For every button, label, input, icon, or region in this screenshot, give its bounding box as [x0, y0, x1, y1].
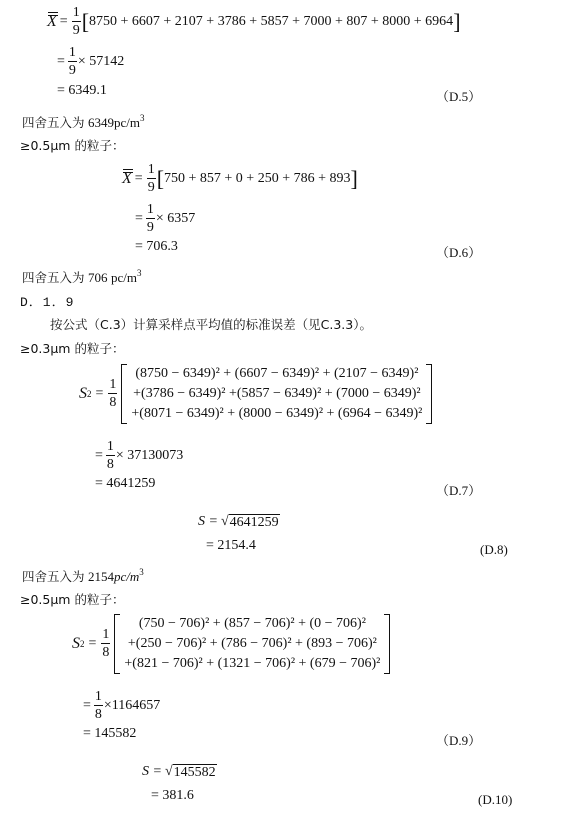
equation-label-d6: （D.6） — [436, 242, 481, 261]
right-bracket — [384, 614, 390, 674]
right-bracket — [426, 364, 432, 424]
rounded-result-d5: 四舍五入为 6349pc/m3 — [22, 113, 145, 132]
particle-heading-0.5um: ≥0.5μm 的粒子： — [20, 136, 124, 155]
equation-label-d5: （D.5） — [436, 86, 481, 105]
equation-d5-line2: = 1 9 × 57142 — [57, 46, 124, 78]
equation-d9-line2: = 1 8 ×1164657 — [83, 690, 160, 722]
equation-d7-variance: S2 = 1 8 (8750 − 6349)² + (6607 − 6349)²… — [79, 364, 432, 424]
left-bracket: [ — [82, 11, 89, 33]
particle-heading-0.3um: ≥0.3μm 的粒子： — [20, 339, 124, 358]
equation-d7-result: = 4641259 — [95, 476, 155, 492]
right-bracket: ] — [453, 11, 460, 33]
equation-d6-line2: = 1 9 × 6357 — [135, 203, 195, 235]
fraction: 1 8 — [108, 378, 117, 410]
squared-deviations-bracket: (8750 − 6349)² + (6607 − 6349)² + (2107 … — [121, 364, 432, 424]
equation-d9-variance: S2 = 1 8 (750 − 706)² + (857 − 706)² + (… — [72, 614, 390, 674]
equation-d10-line1: S = √145582 — [142, 764, 217, 780]
mean-symbol: X — [47, 13, 57, 31]
deviation-row: +(250 − 706)² + (786 − 706)² + (893 − 70… — [124, 634, 380, 654]
sum-terms: 750 + 857 + 0 + 250 + 786 + 893 — [164, 171, 350, 187]
section-description: 按公式（C.3）计算采样点平均值的标准误差（见C.3.3）。 — [50, 315, 372, 333]
rounded-result-d8: 四舍五入为 2154pc/m3 — [22, 567, 144, 586]
section-number-d-1-9: D．1．9 — [20, 291, 74, 310]
rounded-result-d6: 四舍五入为 706 pc/m3 — [22, 268, 142, 287]
deviation-row: (750 − 706)² + (857 − 706)² + (0 − 706)² — [124, 614, 380, 634]
fraction: 1 8 — [101, 628, 110, 660]
deviation-row: (8750 − 6349)² + (6607 − 6349)² + (2107 … — [131, 364, 422, 384]
equation-label-d7: （D.7） — [436, 480, 481, 499]
radical-sign-icon: √ — [221, 514, 229, 530]
radical-sign-icon: √ — [165, 764, 173, 780]
equation-d7-line2: = 1 8 × 37130073 — [95, 440, 183, 472]
equation-d8-result: = 2154.4 — [206, 538, 256, 554]
square-root: √4641259 — [221, 514, 280, 530]
equation-d8-line1: S = √4641259 — [198, 514, 280, 530]
square-root: √145582 — [165, 764, 217, 780]
fraction: 1 8 — [106, 440, 115, 472]
squared-deviations-bracket: (750 − 706)² + (857 − 706)² + (0 − 706)²… — [114, 614, 390, 674]
fraction: 1 9 — [146, 203, 155, 235]
equation-d6-result: = 706.3 — [135, 239, 178, 255]
deviation-row: +(8071 − 6349)² + (8000 − 6349)² + (6964… — [131, 404, 422, 424]
deviation-row: +(821 − 706)² + (1321 − 706)² + (679 − 7… — [124, 654, 380, 674]
equation-label-d8: (D.8) — [480, 542, 508, 558]
fraction: 1 9 — [72, 6, 81, 38]
equation-label-d10: (D.10) — [478, 792, 512, 808]
equation-d6-line1: X = 1 9 [ 750 + 857 + 0 + 250 + 786 + 89… — [122, 163, 358, 195]
equation-d5-line1: X = 1 9 [ 8750 + 6607 + 2107 + 3786 + 58… — [47, 6, 461, 38]
equation-d9-result: = 145582 — [83, 726, 136, 742]
fraction: 1 8 — [94, 690, 103, 722]
equals-sign: = — [60, 14, 68, 30]
equation-label-d9: （D.9） — [436, 730, 481, 749]
fraction: 1 9 — [147, 163, 156, 195]
equation-d10-result: = 381.6 — [151, 788, 194, 804]
fraction: 1 9 — [68, 46, 77, 78]
particle-heading-0.5um-variance: ≥0.5μm 的粒子： — [20, 590, 124, 609]
sum-terms: 8750 + 6607 + 2107 + 3786 + 5857 + 7000 … — [89, 14, 453, 30]
mean-symbol: X — [122, 170, 132, 188]
product-value: × 57142 — [78, 54, 124, 70]
deviation-row: +(3786 − 6349)² +(5857 − 6349)² + (7000 … — [131, 384, 422, 404]
equation-d5-result: = 6349.1 — [57, 83, 107, 99]
